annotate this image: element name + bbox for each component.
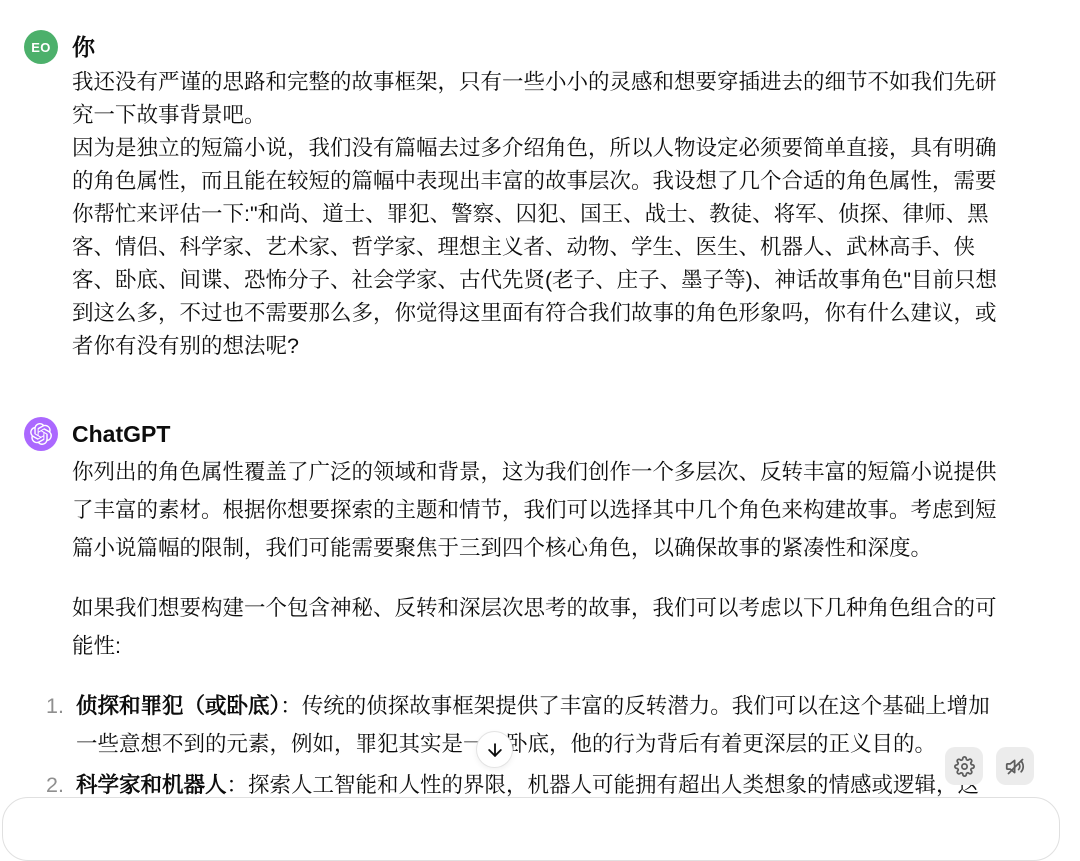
- list-item-label: 侦探和罪犯（或卧底）: [76, 694, 280, 718]
- list-item-label: 科学家和机器人: [76, 773, 227, 797]
- read-aloud-mute-button[interactable]: [996, 747, 1034, 785]
- scroll-to-bottom-button[interactable]: [476, 731, 513, 768]
- list-item-separator: ：: [280, 694, 302, 718]
- assistant-paragraph: 如果我们想要构建一个包含神秘、反转和深层次思考的故事，我们可以考虑以下几种角色组…: [72, 589, 1008, 665]
- settings-button[interactable]: [945, 747, 983, 785]
- openai-logo-icon: [30, 423, 52, 445]
- assistant-paragraph: 你列出的角色属性覆盖了广泛的领域和背景，这为我们创作一个多层次、反转丰富的短篇小…: [72, 453, 1008, 567]
- list-item-separator: ：: [227, 773, 249, 797]
- list-item-text: 探索人工智能和人性的界限，机器人可能拥有超出人类想象的情感或逻辑，这: [248, 773, 979, 797]
- message-input[interactable]: [2, 797, 1060, 808]
- user-message: EO 你 我还没有严谨的思路和完整的故事框架，只有一些小小的灵感和想要穿插进去的…: [24, 30, 1008, 363]
- assistant-message: ChatGPT 你列出的角色属性覆盖了广泛的领域和背景，这为我们创作一个多层次、…: [24, 417, 1008, 804]
- gear-icon: [954, 756, 975, 777]
- assistant-message-body: 你列出的角色属性覆盖了广泛的领域和背景，这为我们创作一个多层次、反转丰富的短篇小…: [72, 453, 1008, 804]
- user-paragraph: 我还没有严谨的思路和完整的故事框架，只有一些小小的灵感和想要穿插进去的细节不如我…: [72, 66, 1008, 132]
- user-message-body: 我还没有严谨的思路和完整的故事框架，只有一些小小的灵感和想要穿插进去的细节不如我…: [72, 66, 1008, 363]
- assistant-sender-label: ChatGPT: [72, 417, 1008, 451]
- user-sender-label: 你: [72, 30, 1008, 64]
- user-avatar: EO: [24, 30, 58, 64]
- user-avatar-initials: EO: [31, 40, 50, 55]
- list-item: 1.侦探和罪犯（或卧底）：传统的侦探故事框架提供了丰富的反转潜力。我们可以在这个…: [72, 687, 1008, 763]
- assistant-avatar: [24, 417, 58, 451]
- speaker-muted-icon: [1005, 756, 1026, 777]
- list-item-number: 1.: [46, 687, 62, 725]
- user-paragraph: 因为是独立的短篇小说，我们没有篇幅去过多介绍角色，所以人物设定必须要简单直接，具…: [72, 132, 1008, 363]
- role-combination-list: 1.侦探和罪犯（或卧底）：传统的侦探故事框架提供了丰富的反转潜力。我们可以在这个…: [72, 687, 1008, 804]
- arrow-down-icon: [485, 740, 505, 760]
- chat-thread: EO 你 我还没有严谨的思路和完整的故事框架，只有一些小小的灵感和想要穿插进去的…: [0, 0, 1080, 804]
